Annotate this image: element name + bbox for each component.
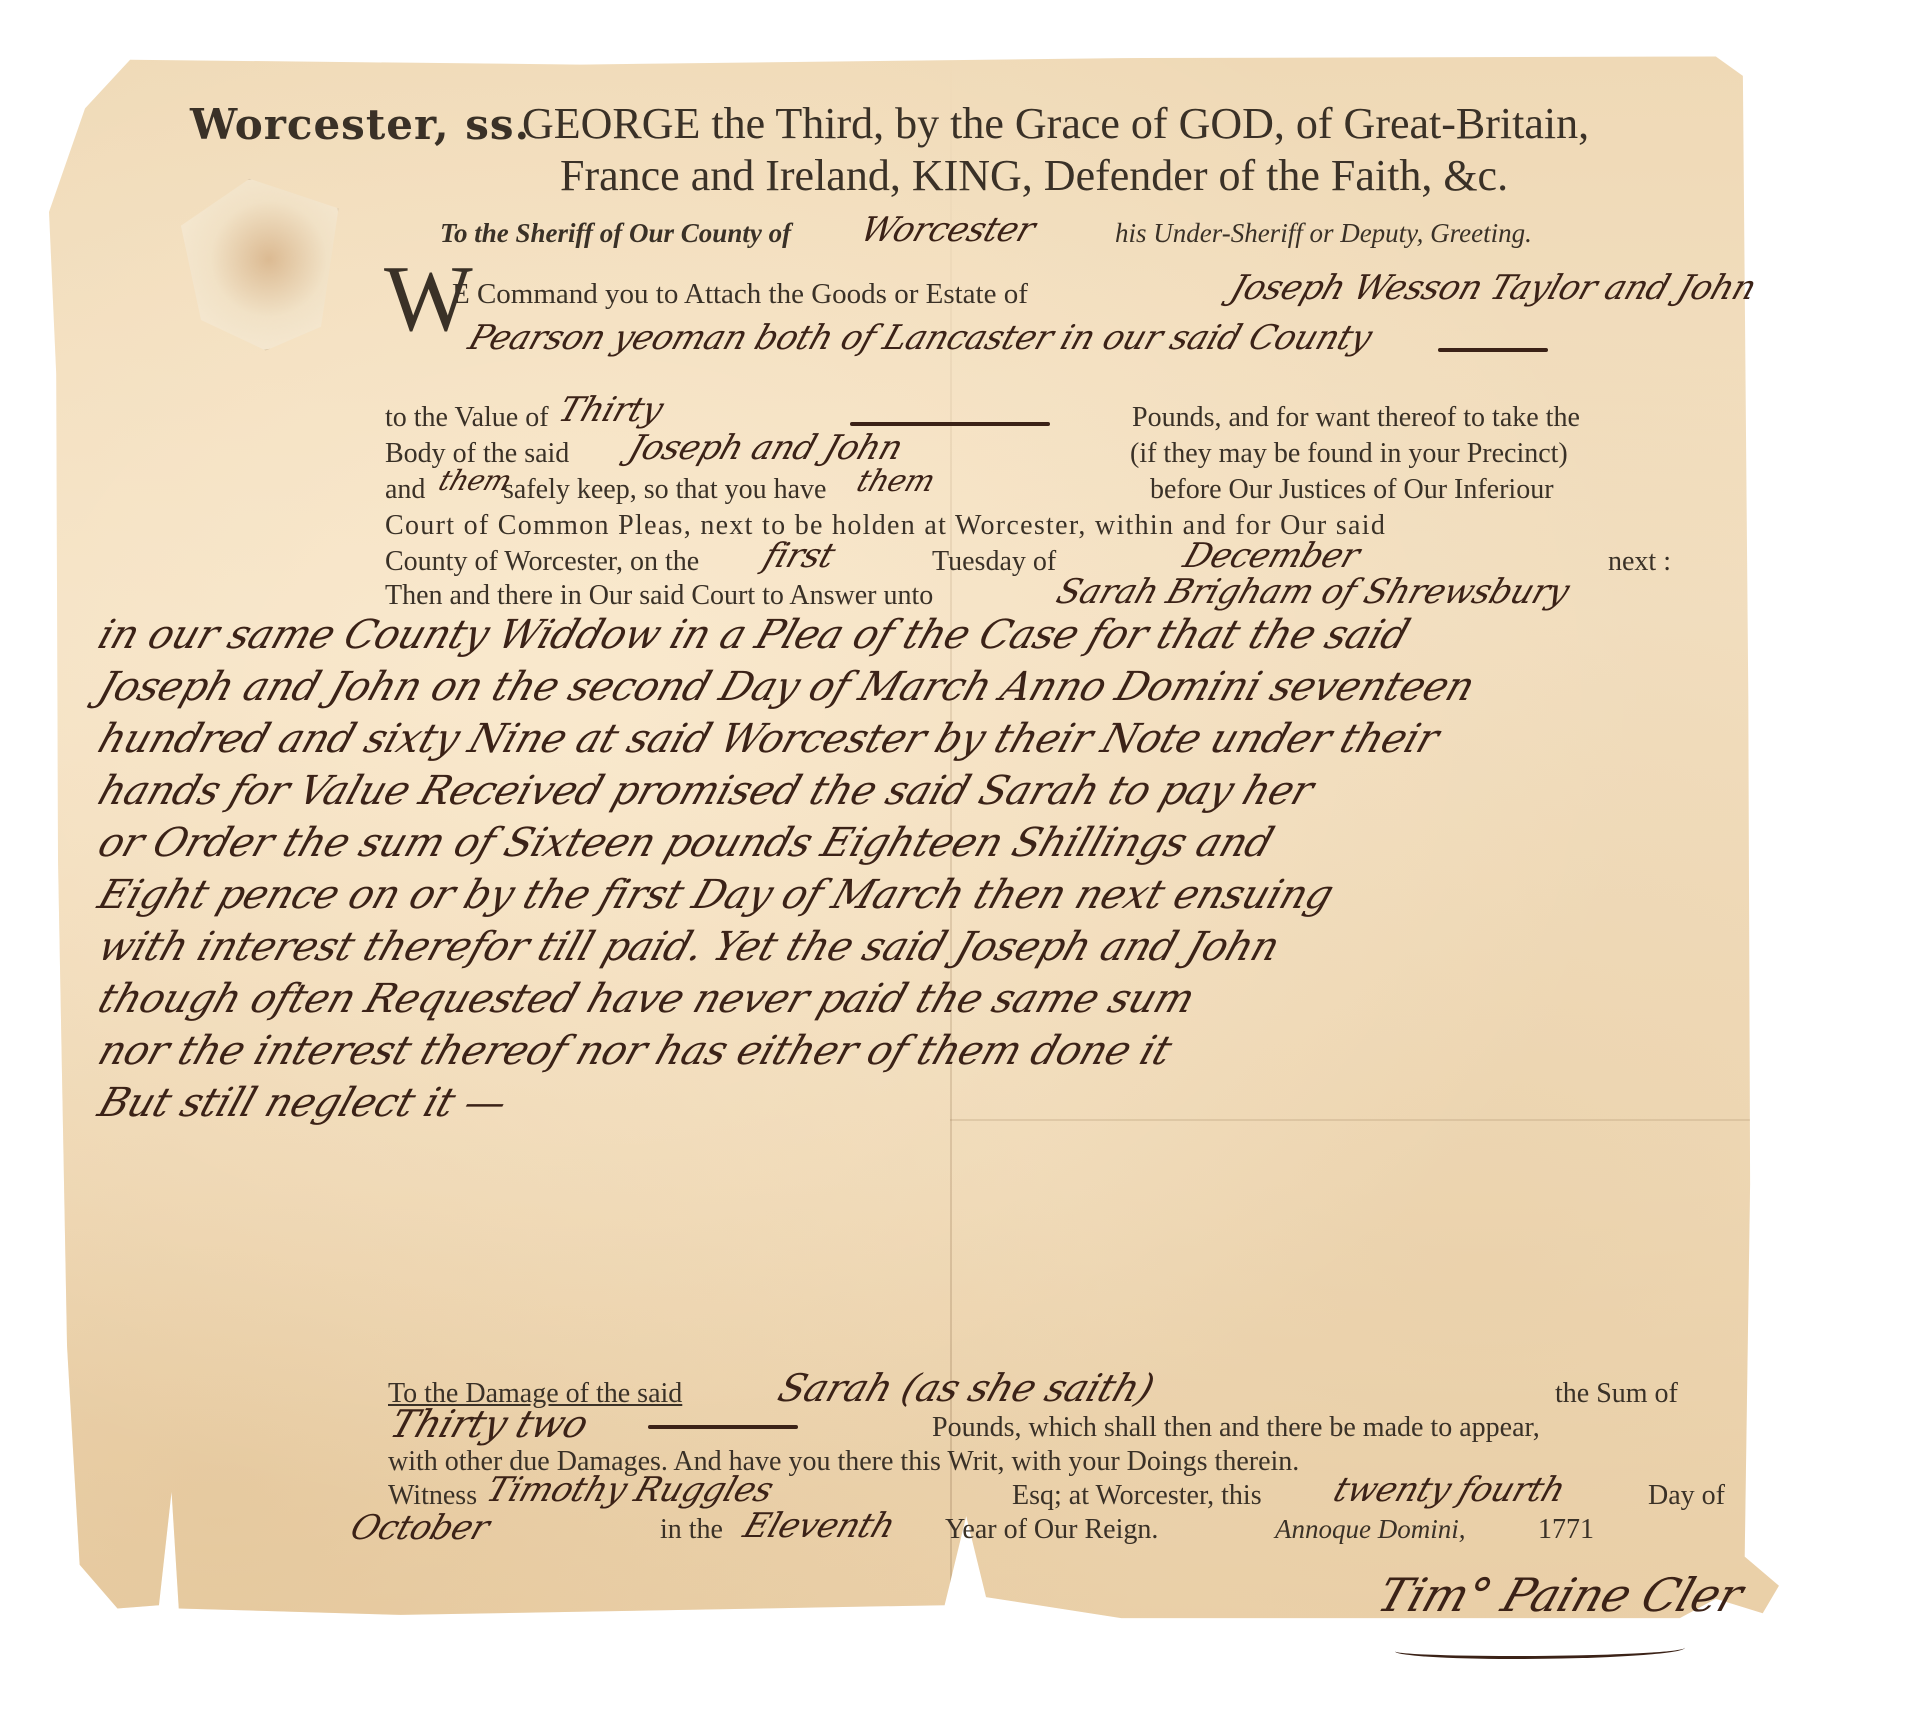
header-line-1: GEORGE the Third, by the Grace of GOD, o… (522, 98, 1589, 149)
county-heading: Worcester, ss. (190, 100, 530, 149)
county-mid: Tuesday of (932, 546, 1056, 578)
value-hand: Thirty (554, 390, 669, 430)
damages-pounds-text: Pounds, which shall then and there be ma… (932, 1412, 1540, 1444)
answer-prefix: Then and there in Our said Court to Answ… (385, 580, 933, 612)
address-printed-b: his Under-Sheriff or Deputy, Greeting. (1115, 218, 1532, 249)
signature-flourish (1395, 1640, 1685, 1659)
keep-suffix: before Our Justices of Our Inferiour (1150, 474, 1554, 506)
fold-crease-horizontal (950, 1119, 1842, 1121)
hand-day: twenty fourth (1329, 1470, 1571, 1510)
county-suffix: next : (1608, 546, 1671, 578)
declaration-line: hands for Value Received promised the sa… (93, 768, 1319, 814)
value-suffix: Pounds, and for want thereof to take the (1132, 402, 1580, 434)
header-line-2: France and Ireland, KING, Defender of th… (560, 150, 1508, 201)
amount-dash (648, 1425, 798, 1429)
address-printed-a: To the Sheriff of Our County of (440, 218, 791, 249)
hand-reign-year: Eleventh (739, 1506, 901, 1546)
keep-hand-2: them (852, 464, 939, 499)
declaration-line: with interest therefor till paid. Yet th… (93, 924, 1285, 970)
county-prefix: County of Worcester, on the (385, 546, 699, 578)
damages-hand-plaintiff: Sarah (as she saith) (773, 1366, 1160, 1410)
keep-prefix: and (385, 474, 425, 506)
day-suffix: Day of (1648, 1480, 1725, 1512)
declaration-line: Eight pence on or by the first Day of Ma… (93, 872, 1339, 918)
damages-hand-amount: Thirty two (385, 1402, 594, 1446)
clerk-signature: Tim° Paine Cler (1371, 1568, 1749, 1622)
keep-mid: safely keep, so that you have (503, 474, 826, 506)
hand-defendants-2: Pearson yeoman both of Lancaster in our … (464, 318, 1377, 358)
declaration-line: hundred and sixty Nine at said Worcester… (93, 716, 1445, 762)
value-dash (850, 422, 1050, 426)
body-hand: Joseph and John (624, 428, 908, 468)
answer-hand: Sarah Brigham of Shrewsbury (1052, 572, 1574, 612)
witness-mid: Esq; at Worcester, this (1012, 1480, 1262, 1512)
value-prefix: to the Value of (385, 402, 549, 434)
hand-dash-line (1438, 348, 1548, 352)
declaration-line: in our same County Widdow in a Plea of t… (93, 612, 1415, 658)
declaration-line: Joseph and John on the second Day of Mar… (93, 664, 1481, 710)
hand-month: October (346, 1508, 495, 1548)
command-printed: E Command you to Attach the Goods or Est… (452, 278, 1028, 311)
reign-prefix: in the (660, 1514, 723, 1546)
hand-defendants-1: Joseph Wesson Taylor and John (1226, 268, 1762, 308)
anno-domini: Annoque Domini, (1275, 1514, 1465, 1545)
county-hand-month: December (1179, 536, 1365, 576)
damages-sum-label: the Sum of (1555, 1378, 1678, 1410)
declaration-line: But still neglect it — (93, 1080, 513, 1126)
year: 1771 (1538, 1514, 1594, 1546)
declaration-line: or Order the sum of Sixteen pounds Eight… (93, 820, 1279, 866)
reign-suffix: Year of Our Reign. (945, 1514, 1158, 1546)
address-hand-county: Worcester (856, 210, 1041, 250)
hand-witness: Timothy Ruggles (482, 1470, 779, 1510)
body-suffix: (if they may be found in your Precinct) (1130, 438, 1568, 470)
county-hand-day: first (759, 536, 840, 576)
declaration-line: nor the interest thereof nor has either … (93, 1028, 1177, 1074)
declaration-line: though often Requested have never paid t… (93, 976, 1201, 1022)
